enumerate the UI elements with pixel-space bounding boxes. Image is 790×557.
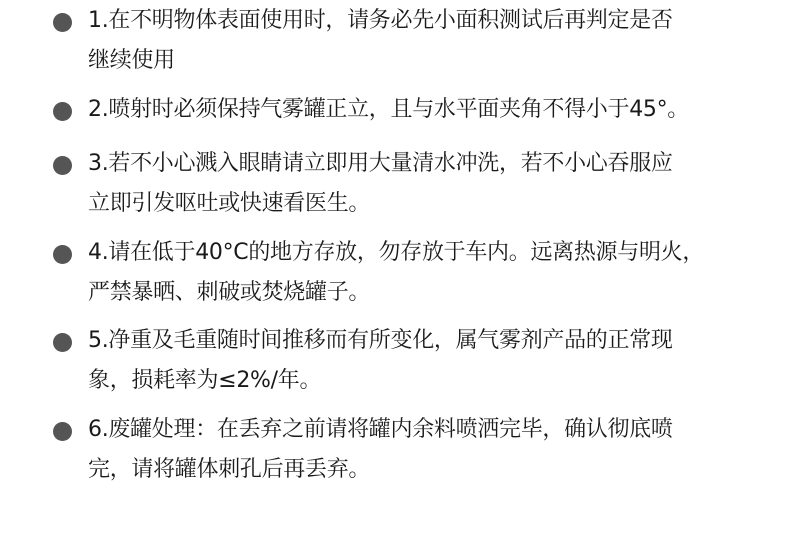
- item-text: 6.废罐处理：在丢弃之前请将罐内余料喷洒完毕，确认彻底喷 完，请将罐体刺孔后再丢…: [88, 410, 753, 490]
- bullet-dot-icon: [53, 245, 72, 264]
- item-line: 立即引发呕吐或快速看医生。: [88, 184, 753, 224]
- item-line: 5.净重及毛重随时间推移而有所变化，属气雾剂产品的正常现: [88, 321, 753, 361]
- item-text: 1.在不明物体表面使用时，请务必先小面积测试后再判定是否 继续使用: [88, 1, 753, 81]
- item-line: 2.喷射时必须保持气雾罐正立，且与水平面夹角不得小于45°。: [88, 90, 753, 130]
- item-line: 6.废罐处理：在丢弃之前请将罐内余料喷洒完毕，确认彻底喷: [88, 410, 753, 450]
- item-line: 4.请在低于40°C的地方存放，勿存放于车内。远离热源与明火，: [88, 233, 753, 273]
- item-text: 3.若不小心溅入眼睛请立即用大量清水冲洗，若不小心吞服应 立即引发呕吐或快速看医…: [88, 144, 753, 224]
- bullet-dot-icon: [53, 422, 72, 441]
- bullet-dot-icon: [53, 13, 72, 32]
- item-line: 完，请将罐体刺孔后再丢弃。: [88, 450, 753, 490]
- item-line: 象，损耗率为≤2%/年。: [88, 361, 753, 401]
- item-line: 3.若不小心溅入眼睛请立即用大量清水冲洗，若不小心吞服应: [88, 144, 753, 184]
- item-text: 5.净重及毛重随时间推移而有所变化，属气雾剂产品的正常现 象，损耗率为≤2%/年…: [88, 321, 753, 401]
- bullet-dot-icon: [53, 156, 72, 175]
- item-line: 1.在不明物体表面使用时，请务必先小面积测试后再判定是否: [88, 1, 753, 41]
- item-line: 继续使用: [88, 41, 753, 81]
- item-text: 2.喷射时必须保持气雾罐正立，且与水平面夹角不得小于45°。: [88, 90, 753, 130]
- bullet-dot-icon: [53, 333, 72, 352]
- bullet-dot-icon: [53, 102, 72, 121]
- item-text: 4.请在低于40°C的地方存放，勿存放于车内。远离热源与明火， 严禁暴晒、刺破或…: [88, 233, 753, 313]
- item-line: 严禁暴晒、刺破或焚烧罐子。: [88, 273, 753, 313]
